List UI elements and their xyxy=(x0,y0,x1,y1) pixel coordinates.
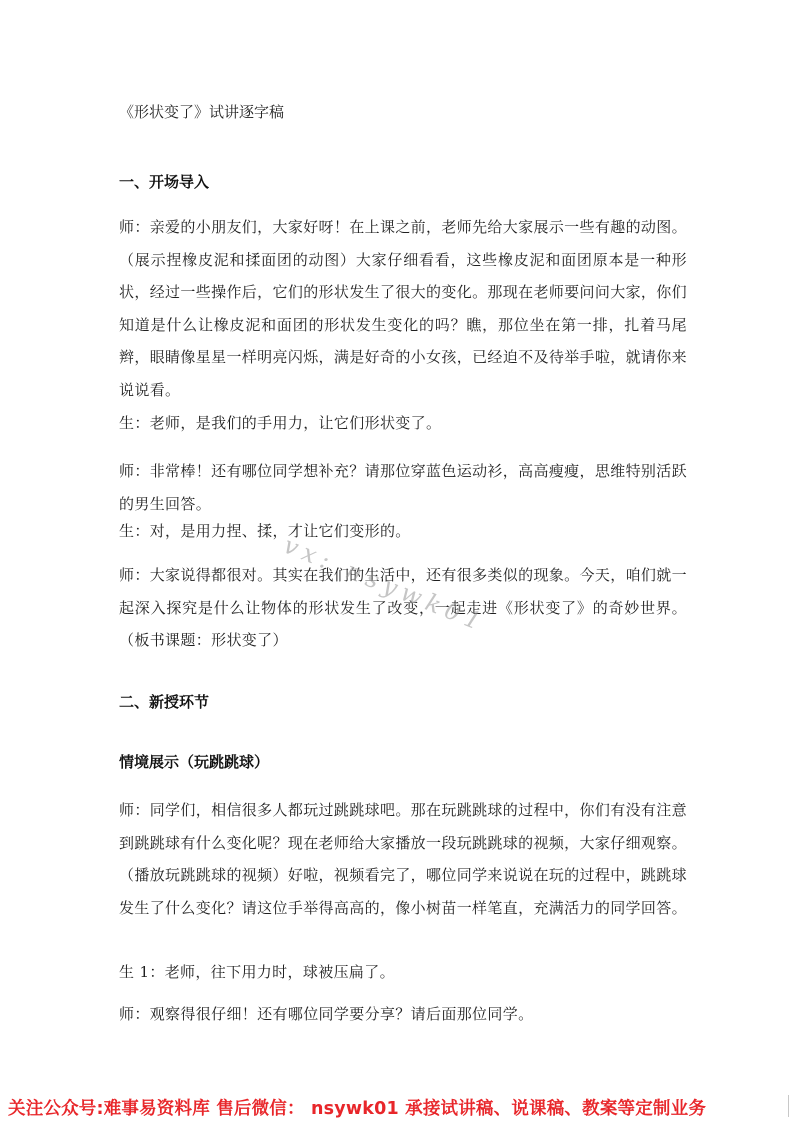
footer-banner: 关注公众号:难事易资料库 售后微信： nsywk01 承接试讲稿、说课稿、教案等… xyxy=(0,1093,793,1122)
paragraph: 生：对，是用力捏、揉，才让它们变形的。 xyxy=(119,515,687,548)
paragraph: 师：亲爱的小朋友们，大家好呀！在上课之前，老师先给大家展示一些有趣的动图。（展示… xyxy=(119,211,687,406)
paragraph: 师：大家说得都很对。其实在我们的生活中，还有很多类似的现象。今天，咱们就一起深入… xyxy=(119,559,687,657)
subsection-heading: 情境展示（玩跳跳球） xyxy=(119,752,269,772)
paragraph: 生：老师，是我们的手用力，让它们形状变了。 xyxy=(119,407,687,440)
footer-text: 关注公众号:难事易资料库 售后微信： nsywk01 承接试讲稿、说课稿、教案等… xyxy=(8,1095,706,1120)
section-heading-opening: 一、开场导入 xyxy=(119,172,209,192)
document-title: 《形状变了》试讲逐字稿 xyxy=(119,102,284,122)
paragraph: 生 1：老师，往下用力时，球被压扁了。 xyxy=(119,956,687,989)
section-heading-new-lesson: 二、新授环节 xyxy=(119,692,209,712)
paragraph: 师：观察得很仔细！还有哪位同学要分享？请后面那位同学。 xyxy=(119,998,687,1031)
paragraph: 师：同学们，相信很多人都玩过跳跳球吧。那在玩跳跳球的过程中，你们有没有注意到跳跳… xyxy=(119,794,687,924)
paragraph: 师：非常棒！还有哪位同学想补充？请那位穿蓝色运动衫，高高瘦瘦，思维特别活跃的男生… xyxy=(119,455,687,520)
footer-divider xyxy=(788,1095,789,1117)
document-page: 《形状变了》试讲逐字稿 一、开场导入 师：亲爱的小朋友们，大家好呀！在上课之前，… xyxy=(0,0,793,1122)
